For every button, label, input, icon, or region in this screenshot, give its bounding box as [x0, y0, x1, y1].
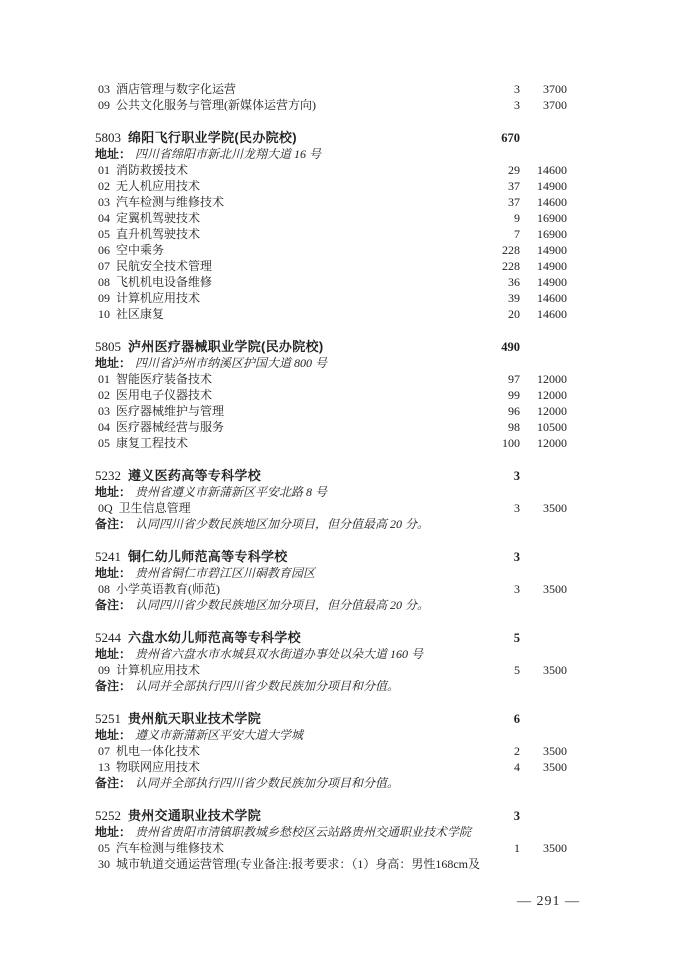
major-plan-count: 37 — [474, 178, 520, 194]
major-tuition-fee: 3500 — [520, 662, 567, 678]
institution-total-count: 3 — [474, 468, 520, 484]
major-tuition-fee: 14900 — [520, 242, 567, 258]
major-plan-count: 2 — [474, 743, 520, 759]
major-name: 计算机应用技术 — [116, 662, 474, 678]
major-name: 城市轨道交通运营管理(专业备注:报考要求：（1）身高：男性168cm及 — [116, 856, 480, 872]
major-row: 07 机电一体化技术 2 3500 — [95, 743, 567, 759]
institution-total-count: 6 — [474, 711, 520, 727]
major-plan-count: 3 — [474, 500, 520, 516]
major-code: 05 — [98, 226, 110, 242]
major-plan-count: 4 — [474, 759, 520, 775]
institution-code: 5252 — [95, 808, 121, 824]
major-plan-count: 39 — [474, 290, 520, 306]
major-row: 07 民航安全技术管理 228 14900 — [95, 258, 567, 274]
major-code: 05 — [98, 435, 110, 451]
institution-total-count: 670 — [474, 130, 520, 146]
major-plan-count: 3 — [474, 97, 520, 113]
major-row: 04 医疗器械经营与服务 98 10500 — [95, 419, 567, 435]
institution-name: 贵州交通职业技术学院 — [128, 808, 474, 824]
major-name: 智能医疗装备技术 — [116, 371, 474, 387]
institution-header: 5244 六盘水幼儿师范高等专科学校 5 — [95, 630, 567, 646]
major-plan-count: 20 — [474, 306, 520, 322]
institution-header: 5803 绵阳飞行职业学院(民办院校) 670 — [95, 130, 567, 146]
institution-code: 5251 — [95, 711, 121, 727]
major-row: 05 康复工程技术 100 12000 — [95, 435, 567, 451]
address-label: 地址： — [95, 355, 131, 371]
document-page: 03 酒店管理与数字化运营 3 3700 09 公共文化服务与管理(新媒体运营方… — [0, 0, 680, 961]
major-tuition-fee: 14900 — [520, 258, 567, 274]
address-label: 地址： — [95, 484, 131, 500]
institution-header: 5805 泸州医疗器械职业学院(民办院校) 490 — [95, 339, 567, 355]
major-name: 民航安全技术管理 — [116, 258, 474, 274]
major-row: 09 计算机应用技术 5 3500 — [95, 662, 567, 678]
remark-row: 备注： 认同并全部执行四川省少数民族加分项目和分值。 — [95, 678, 567, 694]
major-plan-count: 9 — [474, 210, 520, 226]
major-tuition-fee: 12000 — [520, 387, 567, 403]
address-row: 地址： 四川省泸州市纳溪区护国大道 800 号 — [95, 355, 567, 371]
institution-code: 5805 — [95, 339, 121, 355]
institution-total-count: 490 — [474, 339, 520, 355]
major-name: 空中乘务 — [116, 242, 474, 258]
major-row: 09 公共文化服务与管理(新媒体运营方向) 3 3700 — [95, 97, 567, 113]
major-code: 01 — [98, 162, 110, 178]
major-plan-count: 3 — [474, 81, 520, 97]
remark-label: 备注： — [95, 775, 131, 791]
major-row: 02 无人机应用技术 37 14900 — [95, 178, 567, 194]
major-plan-count: 98 — [474, 419, 520, 435]
major-code: 0Q — [98, 500, 113, 516]
major-plan-count: 1 — [474, 840, 520, 856]
major-tuition-fee: 3500 — [520, 743, 567, 759]
address-row: 地址： 贵州省遵义市新蒲新区平安北路 8 号 — [95, 484, 567, 500]
major-tuition-fee: 14600 — [520, 194, 567, 210]
major-tuition-fee: 12000 — [520, 371, 567, 387]
address-row: 地址： 贵州省六盘水市水城县双水街道办事处以朵大道 160 号 — [95, 646, 567, 662]
institution-header: 5252 贵州交通职业技术学院 3 — [95, 808, 567, 824]
major-code: 04 — [98, 419, 110, 435]
address-label: 地址： — [95, 727, 131, 743]
institution-name: 遵义医药高等专科学校 — [128, 468, 474, 484]
major-code: 08 — [98, 581, 110, 597]
major-name: 医疗器械维护与管理 — [116, 403, 474, 419]
major-row: 05 直升机驾驶技术 7 16900 — [95, 226, 567, 242]
address-label: 地址： — [95, 146, 131, 162]
major-code: 06 — [98, 242, 110, 258]
major-row: 06 空中乘务 228 14900 — [95, 242, 567, 258]
major-name: 汽车检测与维修技术 — [116, 194, 474, 210]
address-label: 地址： — [95, 646, 131, 662]
institution-code: 5244 — [95, 630, 121, 646]
major-name: 社区康复 — [116, 306, 474, 322]
major-plan-count: 7 — [474, 226, 520, 242]
majors-list: 07 机电一体化技术 2 3500 13 物联网应用技术 4 3500 — [95, 743, 567, 775]
major-name: 消防救援技术 — [116, 162, 474, 178]
address-row: 地址： 遵义市新蒲新区平安大道大学城 — [95, 727, 567, 743]
major-row: 03 医疗器械维护与管理 96 12000 — [95, 403, 567, 419]
remark-row: 备注： 认同四川省少数民族地区加分项目，但分值最高 20 分。 — [95, 516, 567, 532]
institution-section: 5251 贵州航天职业技术学院 6 地址： 遵义市新蒲新区平安大道大学城 07 … — [95, 711, 567, 791]
majors-list: 09 计算机应用技术 5 3500 — [95, 662, 567, 678]
major-row: 09 计算机应用技术 39 14600 — [95, 290, 567, 306]
institution-header: 5241 铜仁幼儿师范高等专科学校 3 — [95, 549, 567, 565]
institution-name: 绵阳飞行职业学院(民办院校) — [128, 130, 474, 146]
institution-total-count: 5 — [474, 630, 520, 646]
institution-name: 铜仁幼儿师范高等专科学校 — [128, 549, 474, 565]
major-row: 03 汽车检测与维修技术 37 14600 — [95, 194, 567, 210]
major-row: 13 物联网应用技术 4 3500 — [95, 759, 567, 775]
majors-list: 0Q 卫生信息管理 3 3500 — [95, 500, 567, 516]
major-code: 08 — [98, 274, 110, 290]
remark-label: 备注： — [95, 678, 131, 694]
institution-code: 5241 — [95, 549, 121, 565]
majors-list: 01 智能医疗装备技术 97 12000 02 医用电子仪器技术 99 1200… — [95, 371, 567, 451]
address-text: 四川省绵阳市新北川龙翔大道 16 号 — [135, 146, 321, 162]
major-name: 卫生信息管理 — [119, 500, 474, 516]
major-row: 10 社区康复 20 14600 — [95, 306, 567, 322]
institution-header: 5232 遵义医药高等专科学校 3 — [95, 468, 567, 484]
major-code: 30 — [98, 856, 110, 872]
institution-header: 5251 贵州航天职业技术学院 6 — [95, 711, 567, 727]
major-tuition-fee: 16900 — [520, 226, 567, 242]
address-row: 地址： 贵州省贵阳市清镇职教城乡愁校区云站路贵州交通职业技术学院 — [95, 824, 567, 840]
major-code: 05 — [98, 840, 110, 856]
major-row: 30 城市轨道交通运营管理(专业备注:报考要求：（1）身高：男性168cm及 — [95, 856, 567, 872]
major-name: 直升机驾驶技术 — [116, 226, 474, 242]
institution-name: 泸州医疗器械职业学院(民办院校) — [128, 339, 474, 355]
major-code: 02 — [98, 387, 110, 403]
majors-list: 08 小学英语教育(师范) 3 3500 — [95, 581, 567, 597]
institution-code: 5232 — [95, 468, 121, 484]
page-number: — 291 — — [517, 894, 580, 910]
remark-text: 认同并全部执行四川省少数民族加分项目和分值。 — [135, 775, 399, 791]
major-code: 09 — [98, 662, 110, 678]
remark-label: 备注： — [95, 597, 131, 613]
major-tuition-fee: 14900 — [520, 274, 567, 290]
major-code: 03 — [98, 403, 110, 419]
institution-section: 5232 遵义医药高等专科学校 3 地址： 贵州省遵义市新蒲新区平安北路 8 号… — [95, 468, 567, 532]
major-tuition-fee: 14900 — [520, 178, 567, 194]
address-text: 贵州省六盘水市水城县双水街道办事处以朵大道 160 号 — [135, 646, 423, 662]
major-name: 康复工程技术 — [116, 435, 474, 451]
major-code: 13 — [98, 759, 110, 775]
major-row: 01 消防救援技术 29 14600 — [95, 162, 567, 178]
major-name: 医用电子仪器技术 — [116, 387, 474, 403]
institution-section: 5244 六盘水幼儿师范高等专科学校 5 地址： 贵州省六盘水市水城县双水街道办… — [95, 630, 567, 694]
continuation-majors-list: 03 酒店管理与数字化运营 3 3700 09 公共文化服务与管理(新媒体运营方… — [95, 81, 567, 113]
major-tuition-fee: 16900 — [520, 210, 567, 226]
major-plan-count: 228 — [474, 242, 520, 258]
major-name: 无人机应用技术 — [116, 178, 474, 194]
major-tuition-fee: 3500 — [520, 840, 567, 856]
major-tuition-fee: 14600 — [520, 162, 567, 178]
major-tuition-fee: 12000 — [520, 435, 567, 451]
major-code: 03 — [98, 194, 110, 210]
major-name: 物联网应用技术 — [116, 759, 474, 775]
majors-list: 01 消防救援技术 29 14600 02 无人机应用技术 37 14900 0… — [95, 162, 567, 322]
address-row: 地址： 四川省绵阳市新北川龙翔大道 16 号 — [95, 146, 567, 162]
remark-row: 备注： 认同并全部执行四川省少数民族加分项目和分值。 — [95, 775, 567, 791]
major-code: 04 — [98, 210, 110, 226]
major-tuition-fee: 3500 — [520, 581, 567, 597]
major-row: 05 汽车检测与维修技术 1 3500 — [95, 840, 567, 856]
institution-section: 5805 泸州医疗器械职业学院(民办院校) 490 地址： 四川省泸州市纳溪区护… — [95, 339, 567, 451]
institution-section: 5803 绵阳飞行职业学院(民办院校) 670 地址： 四川省绵阳市新北川龙翔大… — [95, 130, 567, 322]
page-content: 03 酒店管理与数字化运营 3 3700 09 公共文化服务与管理(新媒体运营方… — [0, 81, 680, 872]
major-code: 07 — [98, 743, 110, 759]
institution-name: 贵州航天职业技术学院 — [128, 711, 474, 727]
remark-text: 认同四川省少数民族地区加分项目，但分值最高 20 分。 — [135, 597, 429, 613]
institution-section: 5252 贵州交通职业技术学院 3 地址： 贵州省贵阳市清镇职教城乡愁校区云站路… — [95, 808, 567, 872]
major-tuition-fee: 3700 — [520, 81, 567, 97]
institution-total-count: 3 — [474, 549, 520, 565]
major-code: 10 — [98, 306, 110, 322]
major-name: 机电一体化技术 — [116, 743, 474, 759]
address-text: 遵义市新蒲新区平安大道大学城 — [135, 727, 303, 743]
major-plan-count: 96 — [474, 403, 520, 419]
major-tuition-fee: 3500 — [520, 500, 567, 516]
major-name: 计算机应用技术 — [116, 290, 474, 306]
institution-total-count: 3 — [474, 808, 520, 824]
remark-label: 备注： — [95, 516, 131, 532]
major-name: 定翼机驾驶技术 — [116, 210, 474, 226]
major-plan-count: 3 — [474, 581, 520, 597]
major-code: 09 — [98, 97, 110, 113]
address-text: 四川省泸州市纳溪区护国大道 800 号 — [135, 355, 327, 371]
major-code: 09 — [98, 290, 110, 306]
major-plan-count: 5 — [474, 662, 520, 678]
major-plan-count: 36 — [474, 274, 520, 290]
institution-section: 5241 铜仁幼儿师范高等专科学校 3 地址： 贵州省铜仁市碧江区川硐教育园区 … — [95, 549, 567, 613]
major-code: 03 — [98, 81, 110, 97]
major-plan-count: 37 — [474, 194, 520, 210]
address-text: 贵州省铜仁市碧江区川硐教育园区 — [135, 565, 315, 581]
major-tuition-fee: 14600 — [520, 290, 567, 306]
address-label: 地址： — [95, 824, 131, 840]
address-row: 地址： 贵州省铜仁市碧江区川硐教育园区 — [95, 565, 567, 581]
address-text: 贵州省遵义市新蒲新区平安北路 8 号 — [135, 484, 327, 500]
major-tuition-fee: 3700 — [520, 97, 567, 113]
major-plan-count: 100 — [474, 435, 520, 451]
major-plan-count: 97 — [474, 371, 520, 387]
major-code: 07 — [98, 258, 110, 274]
major-row: 04 定翼机驾驶技术 9 16900 — [95, 210, 567, 226]
majors-list: 05 汽车检测与维修技术 1 3500 30 城市轨道交通运营管理(专业备注:报… — [95, 840, 567, 872]
major-row: 01 智能医疗装备技术 97 12000 — [95, 371, 567, 387]
major-row: 03 酒店管理与数字化运营 3 3700 — [95, 81, 567, 97]
major-row: 08 小学英语教育(师范) 3 3500 — [95, 581, 567, 597]
major-tuition-fee: 10500 — [520, 419, 567, 435]
major-tuition-fee: 14600 — [520, 306, 567, 322]
major-row: 02 医用电子仪器技术 99 12000 — [95, 387, 567, 403]
address-label: 地址： — [95, 565, 131, 581]
major-row: 08 飞机机电设备维修 36 14900 — [95, 274, 567, 290]
major-code: 01 — [98, 371, 110, 387]
major-name: 飞机机电设备维修 — [116, 274, 474, 290]
remark-row: 备注： 认同四川省少数民族地区加分项目，但分值最高 20 分。 — [95, 597, 567, 613]
major-name: 医疗器械经营与服务 — [116, 419, 474, 435]
remark-text: 认同并全部执行四川省少数民族加分项目和分值。 — [135, 678, 399, 694]
institution-list: 5803 绵阳飞行职业学院(民办院校) 670 地址： 四川省绵阳市新北川龙翔大… — [95, 130, 567, 872]
major-plan-count: 29 — [474, 162, 520, 178]
major-tuition-fee: 12000 — [520, 403, 567, 419]
major-plan-count: 99 — [474, 387, 520, 403]
address-text: 贵州省贵阳市清镇职教城乡愁校区云站路贵州交通职业技术学院 — [135, 824, 471, 840]
major-tuition-fee: 3500 — [520, 759, 567, 775]
remark-text: 认同四川省少数民族地区加分项目，但分值最高 20 分。 — [135, 516, 429, 532]
major-name: 酒店管理与数字化运营 — [116, 81, 474, 97]
major-code: 02 — [98, 178, 110, 194]
major-name: 汽车检测与维修技术 — [116, 840, 474, 856]
institution-name: 六盘水幼儿师范高等专科学校 — [128, 630, 474, 646]
major-plan-count: 228 — [474, 258, 520, 274]
institution-code: 5803 — [95, 130, 121, 146]
major-row: 0Q 卫生信息管理 3 3500 — [95, 500, 567, 516]
major-name: 小学英语教育(师范) — [116, 581, 474, 597]
major-name: 公共文化服务与管理(新媒体运营方向) — [116, 97, 474, 113]
